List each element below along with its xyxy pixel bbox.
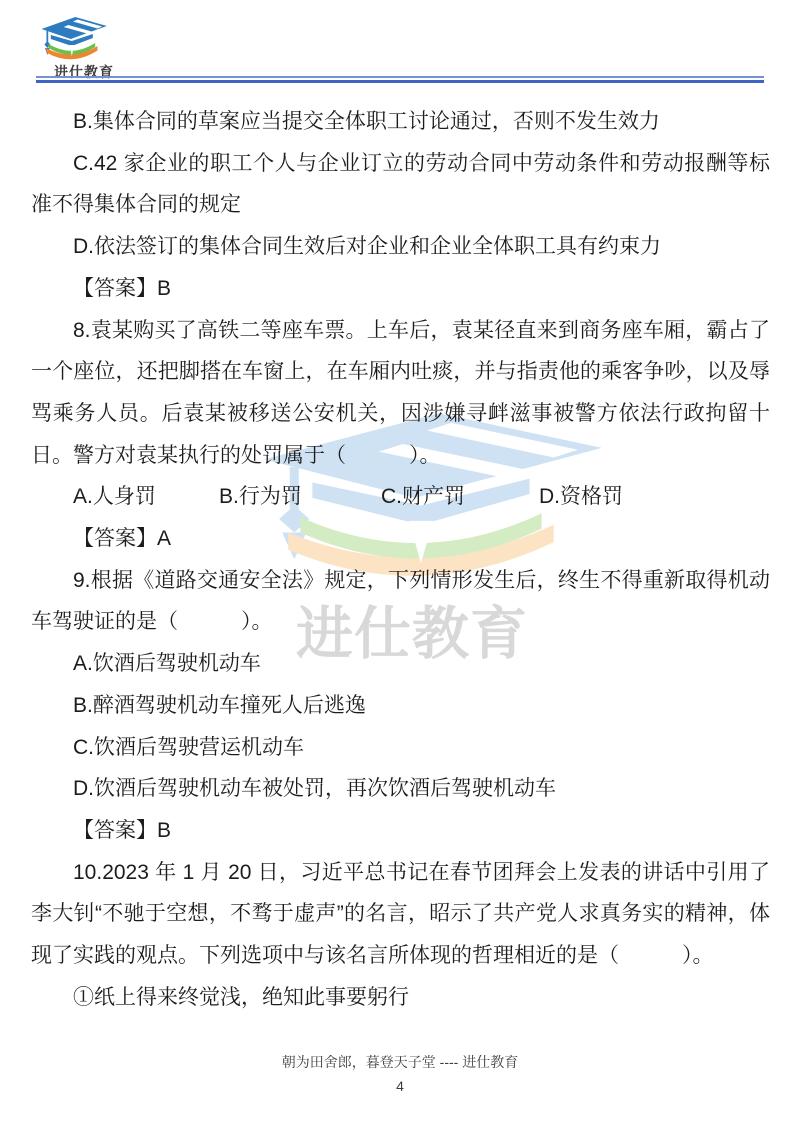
q8-answer: 【答案】A — [31, 518, 770, 560]
q7-option-d: D.依法签订的集体合同生效后对企业和企业全体职工具有约束力 — [31, 226, 770, 268]
q9-stem: 9.根据《道路交通安全法》规定，下列情形发生后，终生不得重新取得机动车驾驶证的是… — [31, 560, 770, 643]
q7-option-b: B.集体合同的草案应当提交全体职工讨论通过，否则不发生效力 — [31, 101, 770, 143]
q7-answer: 【答案】B — [31, 268, 770, 310]
q8-option-d: D.资格罚 — [539, 476, 623, 518]
q8-option-a: A.人身罚 — [73, 476, 219, 518]
brand-logo: 进仕教育 — [38, 12, 148, 80]
q8-options-row: A.人身罚B.行为罚C.财产罚D.资格罚 — [31, 476, 770, 518]
document-content: B.集体合同的草案应当提交全体职工讨论通过，否则不发生效力 C.42 家企业的职… — [31, 101, 770, 1018]
q9-option-c: C.饮酒后驾驶营运机动车 — [31, 727, 770, 769]
q9-answer: 【答案】B — [31, 810, 770, 852]
footer-slogan: 朝为田舍郎，暮登天子堂 ---- 进仕教育 — [0, 1052, 800, 1072]
q10-stem: 10.2023 年 1 月 20 日，习近平总书记在春节团拜会上发表的讲话中引用… — [31, 852, 770, 977]
q10-item-1: ①纸上得来终觉浅，绝知此事要躬行 — [31, 977, 770, 1019]
q8-option-b: B.行为罚 — [219, 476, 381, 518]
q8-option-c: C.财产罚 — [381, 476, 539, 518]
header-divider — [36, 76, 764, 83]
q7-option-c: C.42 家企业的职工个人与企业订立的劳动合同中劳动条件和劳动报酬等标准不得集体… — [31, 143, 770, 226]
q9-option-b: B.醉酒驾驶机动车撞死人后逃逸 — [31, 685, 770, 727]
document-page: 进仕教育 进仕教育 B.集体合同的草案应当提交全体职工讨论通过，否则不发生效力 … — [0, 0, 800, 1132]
q9-option-a: A.饮酒后驾驶机动车 — [31, 643, 770, 685]
page-number: 4 — [0, 1076, 800, 1096]
q8-stem: 8.袁某购买了高铁二等座车票。上车后，袁某径直来到商务座车厢，霸占了一个座位，还… — [31, 310, 770, 477]
graduation-cap-icon — [38, 12, 108, 64]
page-footer: 朝为田舍郎，暮登天子堂 ---- 进仕教育 4 — [0, 1052, 800, 1096]
q9-option-d: D.饮酒后驾驶机动车被处罚，再次饮酒后驾驶机动车 — [31, 768, 770, 810]
